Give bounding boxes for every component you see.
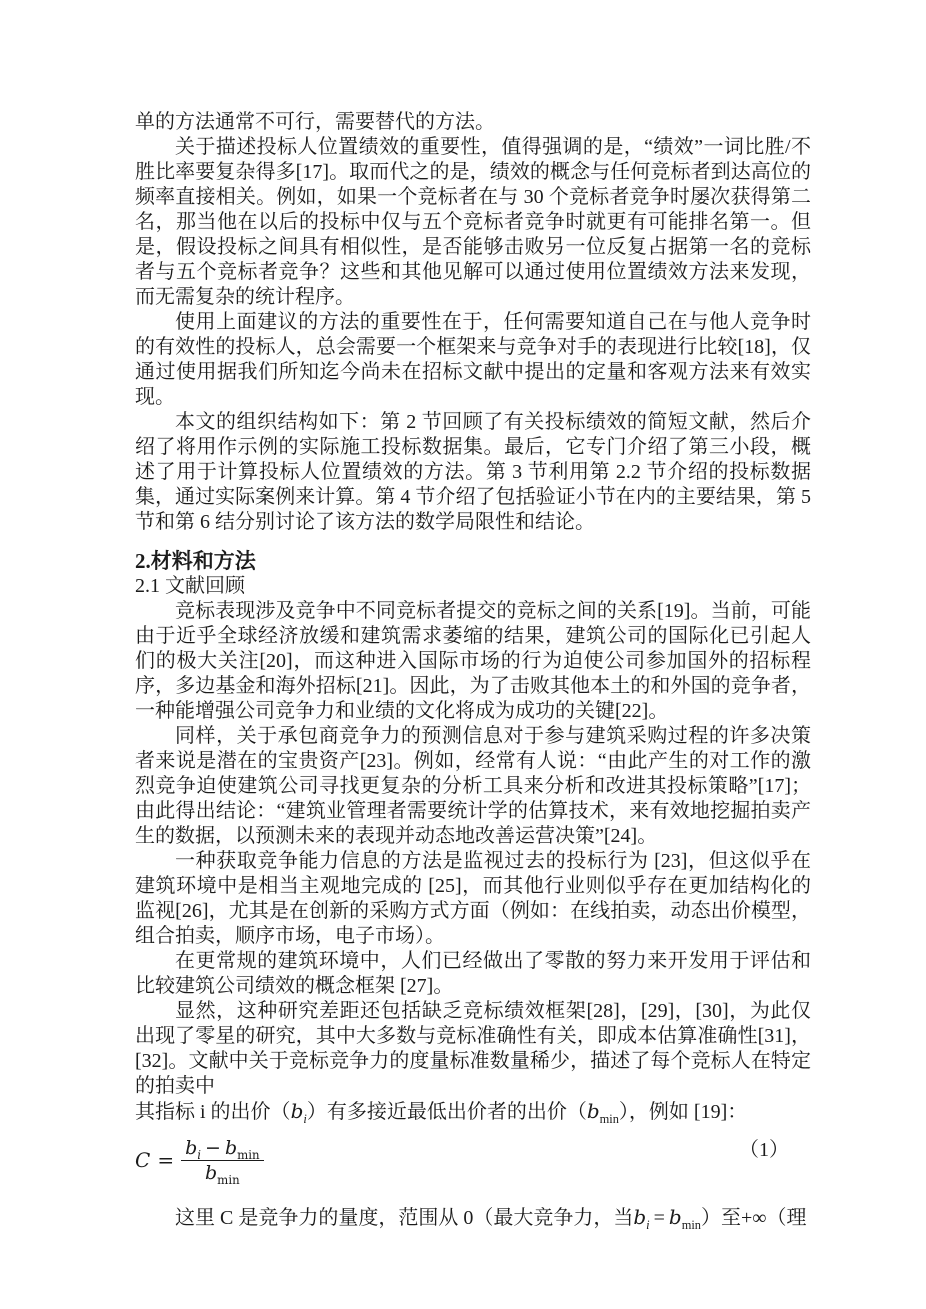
variable-b-i: b — [185, 1137, 197, 1159]
continued-paragraph: 单的方法通常不可行，需要替代的方法。 — [135, 110, 811, 135]
body-paragraph: 关于描述投标人位置绩效的重要性，值得强调的是，“绩效”一词比胜/不胜比率要复杂得… — [135, 135, 811, 310]
equation-1-math: C = bi−bmin bmin — [135, 1137, 264, 1184]
body-paragraph: 一种获取竞争能力信息的方法是监视过去的投标行为 [23]，但这似乎在建筑环境中是… — [135, 849, 811, 949]
subscript-min: min — [600, 1112, 619, 1126]
subscript-min: min — [682, 1218, 701, 1232]
equation-number: （1） — [739, 1138, 789, 1163]
closing-paragraph: 这里 C 是竞争力的量度，范围从 0（最大竞争力，当bi=bmin）至+∞（理 — [135, 1205, 811, 1231]
variable-b-min: b — [205, 1162, 217, 1184]
body-paragraph: 本文的组织结构如下：第 2 节回顾了有关投标绩效的简短文献，然后介绍了将用作示例… — [135, 410, 811, 535]
variable-b-i: b — [291, 1099, 304, 1123]
body-paragraph: 在更常规的建筑环境中，人们已经做出了零散的努力来开发用于评估和比较建筑公司绩效的… — [135, 949, 811, 999]
variable-b-min: b — [225, 1137, 237, 1159]
minus-sign: − — [201, 1137, 225, 1159]
math-intro-text: 其指标 i 的出价（ — [135, 1101, 291, 1123]
equals-sign: = — [150, 1149, 181, 1172]
fraction-denominator: bmin — [181, 1161, 264, 1184]
body-paragraph: 竞标表现涉及竞争中不同竞标者提交的竞标之间的关系[19]。当前，可能由于近乎全球… — [135, 599, 811, 724]
variable-b-min: b — [669, 1205, 682, 1229]
body-paragraph: 显然，这种研究差距还包括缺乏竞标绩效框架[28]，[29]，[30]，为此仅出现… — [135, 999, 811, 1099]
body-paragraph: 使用上面建议的方法的重要性在于，任何需要知道自己在与他人竞争时的有效性的投标人，… — [135, 310, 811, 410]
equation-1: C = bi−bmin bmin （1） — [135, 1137, 811, 1191]
equals-sign: = — [650, 1207, 669, 1229]
math-intro-text: ），例如 [19]： — [619, 1101, 747, 1123]
subscript-min: min — [217, 1173, 240, 1187]
closing-text: ）至+∞（理 — [701, 1207, 807, 1229]
section-heading: 2.材料和方法 — [135, 548, 811, 574]
math-intro-paragraph: 其指标 i 的出价（bi）有多接近最低出价者的出价（bmin），例如 [19]： — [135, 1099, 811, 1125]
variable-b-min: b — [587, 1099, 600, 1123]
variable-b-i: b — [633, 1205, 646, 1229]
fraction: bi−bmin bmin — [181, 1137, 264, 1184]
page-content: 单的方法通常不可行，需要替代的方法。 关于描述投标人位置绩效的重要性，值得强调的… — [135, 110, 811, 1231]
subsection-heading: 2.1 文献回顾 — [135, 574, 811, 599]
document-page: 单的方法通常不可行，需要替代的方法。 关于描述投标人位置绩效的重要性，值得强调的… — [0, 0, 926, 1309]
variable-c: C — [135, 1149, 150, 1172]
closing-text: 这里 C 是竞争力的量度，范围从 0（最大竞争力，当 — [175, 1207, 633, 1229]
math-intro-text: ）有多接近最低出价者的出价（ — [307, 1101, 587, 1123]
fraction-numerator: bi−bmin — [181, 1137, 264, 1161]
subscript-min: min — [237, 1148, 260, 1162]
body-paragraph: 同样，关于承包商竞争力的预测信息对于参与建筑采购过程的许多决策者来说是潜在的宝贵… — [135, 724, 811, 849]
